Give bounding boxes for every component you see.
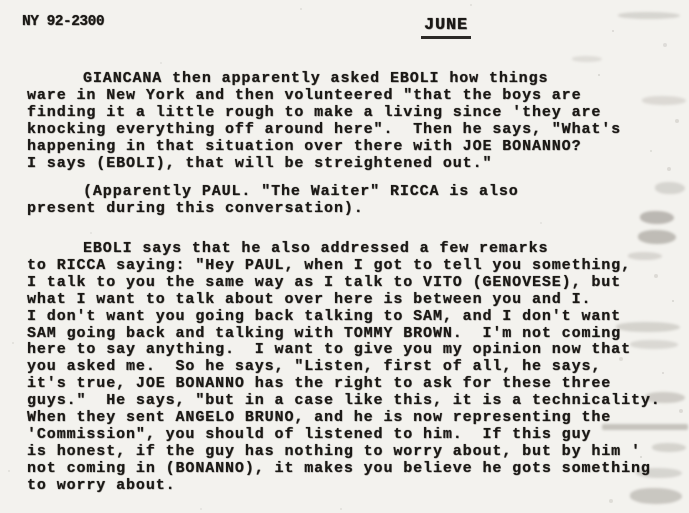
scan-artifact [618, 12, 680, 19]
month-heading: JUNE [421, 16, 471, 39]
paragraph-giancana-eboli: GIANCANA then apparently asked EBOLI how… [27, 71, 677, 172]
scan-noise-speckles [0, 0, 2, 2]
scan-artifact [572, 56, 602, 62]
paragraph-ricca-present-note: (Apparently PAUL. "The Waiter" RICCA is … [27, 184, 677, 218]
paragraph-eboli-remarks: EBOLI says that he also addressed a few … [27, 241, 677, 495]
document-page: NY 92-2300 JUNE GIANCANA then apparently… [0, 0, 689, 513]
case-number: NY 92-2300 [22, 14, 104, 30]
